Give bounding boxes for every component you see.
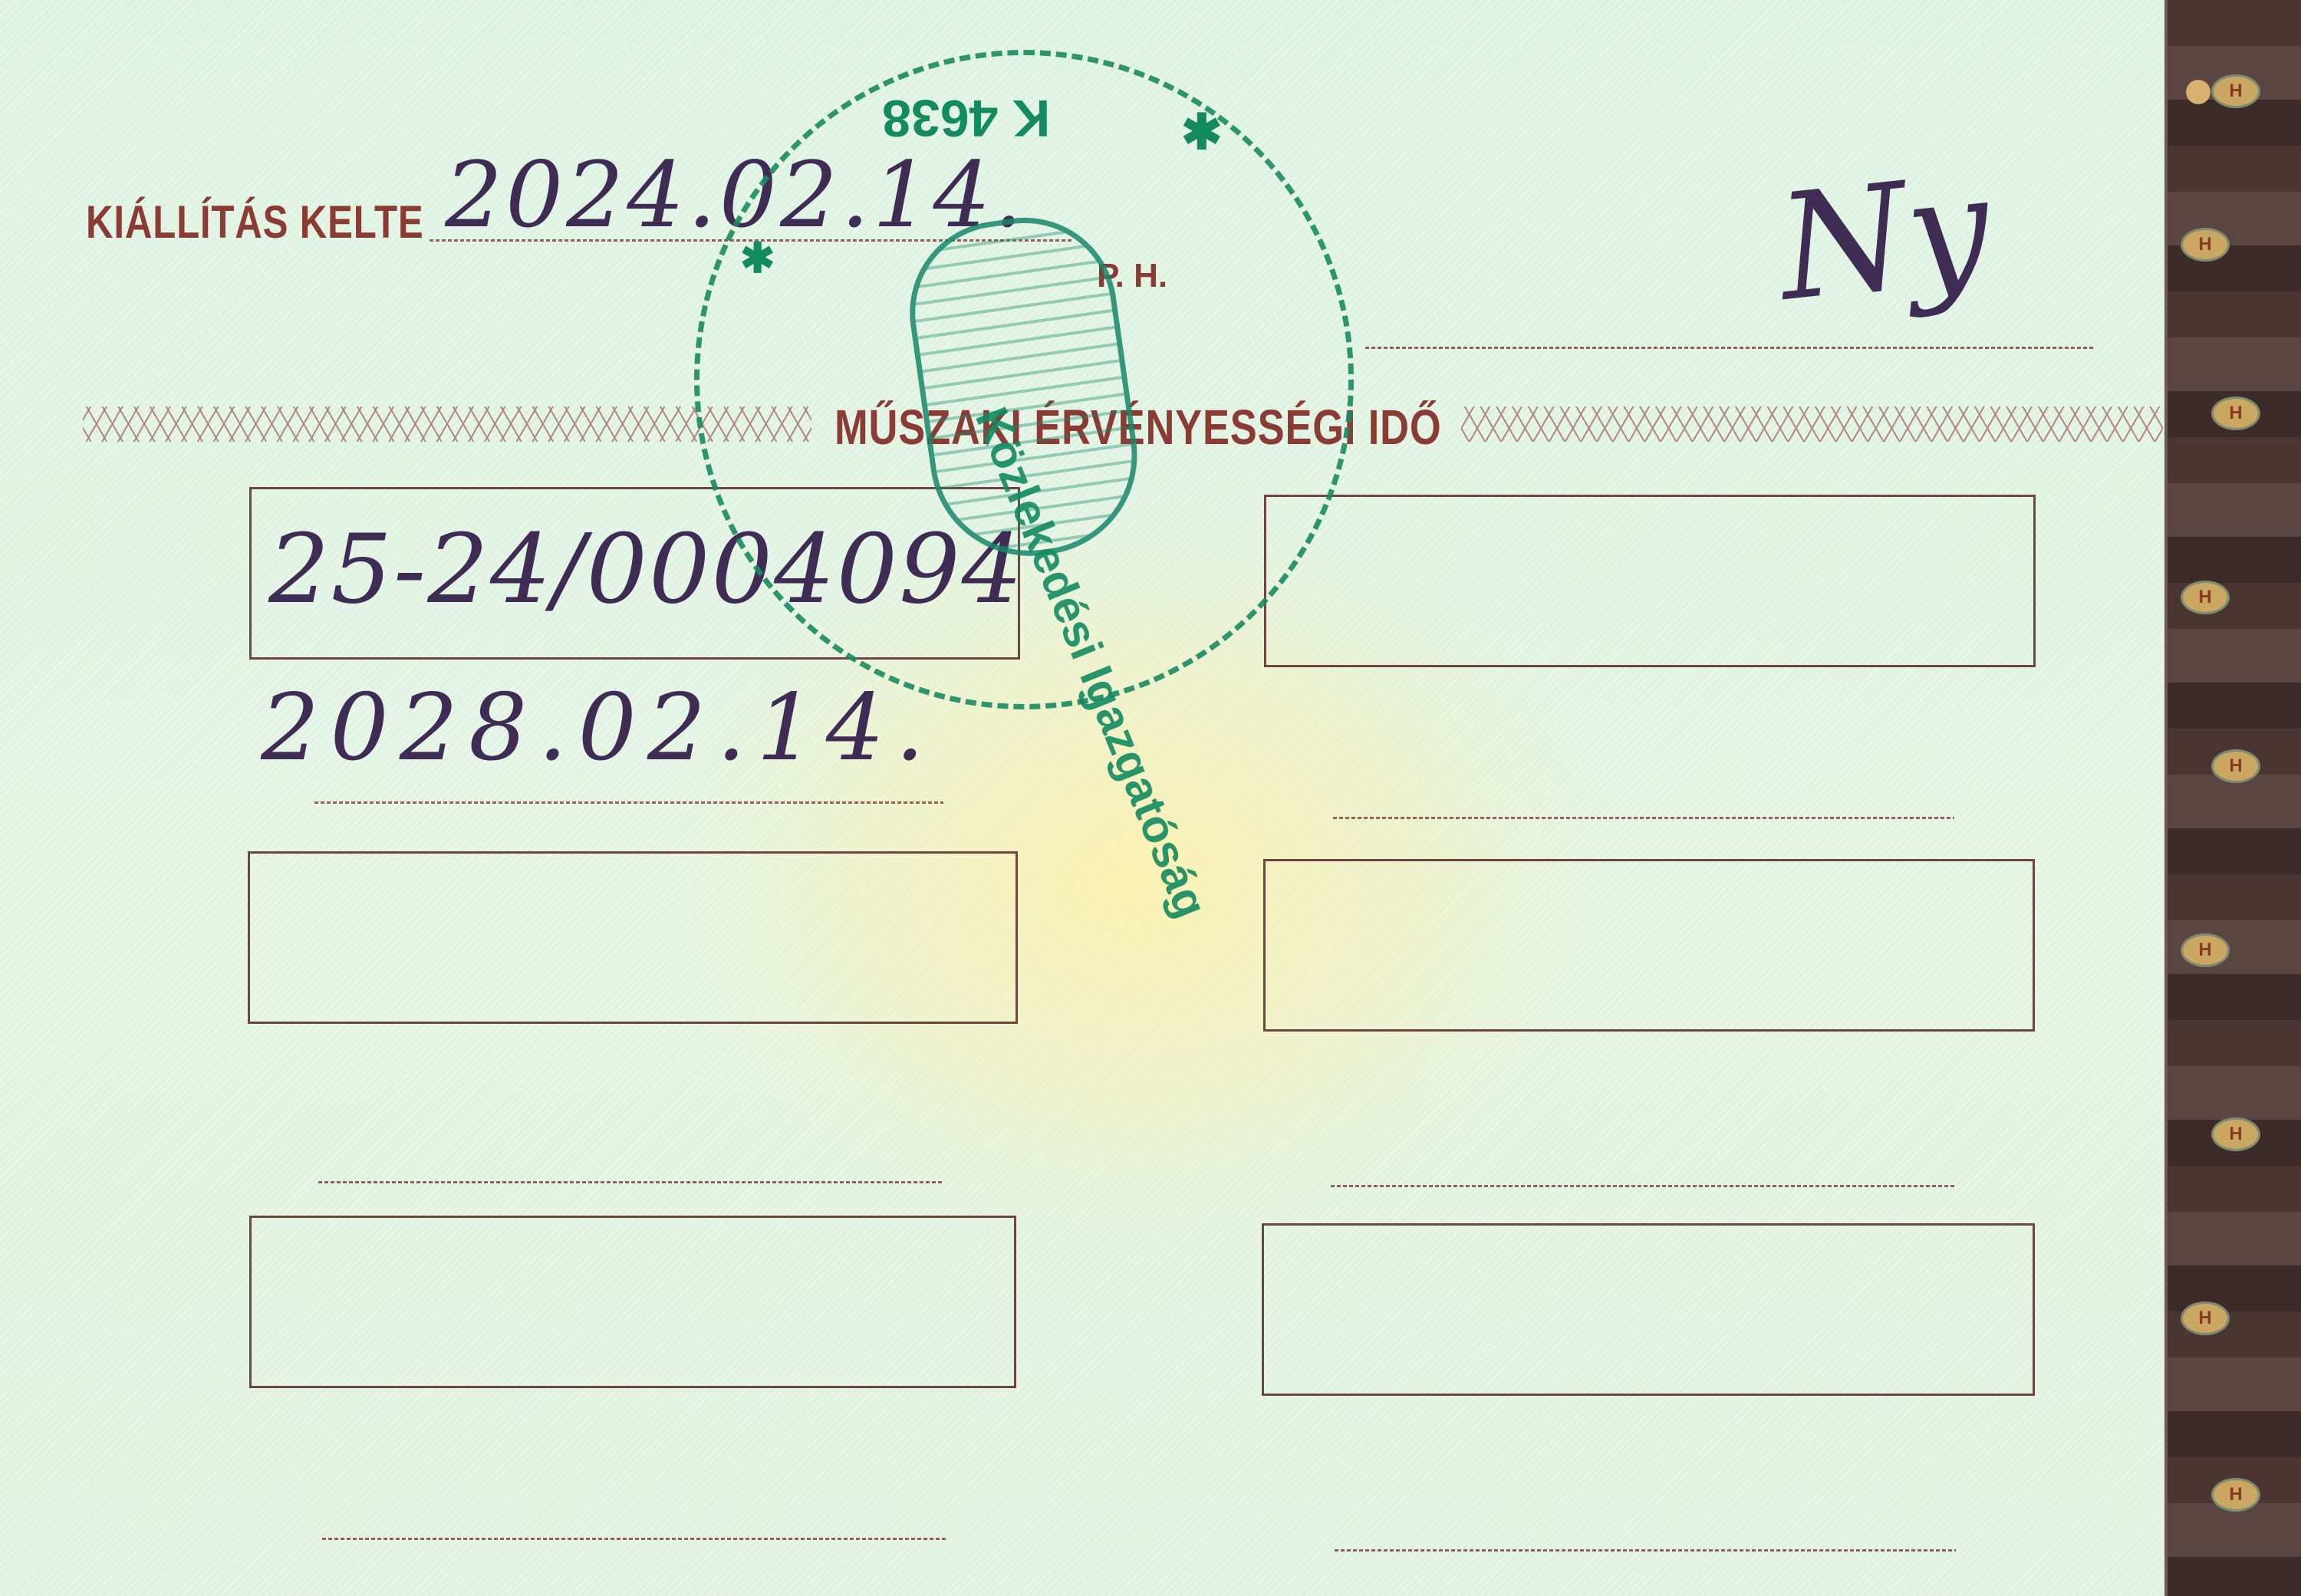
entry-line-right-3 (1335, 1549, 1956, 1552)
stamp-star-icon-2: ✱ (740, 234, 775, 282)
strip-badge-icon: H (2183, 230, 2227, 259)
entry-box-right-2 (1263, 859, 2035, 1032)
entry-valid-until: 2028.02.14. (261, 675, 935, 782)
strip-badge-icon: H (2183, 936, 2227, 965)
strip-badge-icon: H (2214, 77, 2258, 106)
stamp-star-icon: ✱ (1181, 104, 1223, 161)
strip-badge-icon: H (2214, 752, 2258, 781)
strip-badge-icon: H (2214, 1480, 2258, 1509)
entry-line-right-2 (1331, 1185, 1956, 1187)
strip-badge-icon: H (2183, 583, 2227, 612)
entry-box-left-3 (249, 1216, 1016, 1388)
guilloche-band-right (1461, 406, 2163, 442)
stamp-code: K 4638 (882, 88, 1050, 148)
strip-badge-icon: H (2214, 399, 2258, 428)
signature-line (1365, 347, 2094, 349)
entry-box-right-3 (1262, 1223, 2035, 1396)
strip-badge-icon: H (2214, 1120, 2258, 1149)
entry-line-left-1 (314, 801, 943, 804)
strip-badge-icon: H (2183, 1304, 2227, 1333)
document-page: KIÁLLÍTÁS KELTE 2024.02.14. Ny P. H. MŰS… (0, 0, 2163, 1596)
signature: Ny (1771, 143, 1997, 333)
entry-box-right-1 (1264, 495, 2036, 667)
entry-line-left-2 (318, 1181, 943, 1183)
security-strip: H H H H H H H H H (2164, 0, 2301, 1596)
entry-box-left-2 (248, 851, 1018, 1024)
issue-date-label: KIÁLLÍTÁS KELTE (86, 196, 423, 248)
entry-line-right-1 (1333, 817, 1954, 819)
entry-line-left-3 (322, 1538, 947, 1540)
